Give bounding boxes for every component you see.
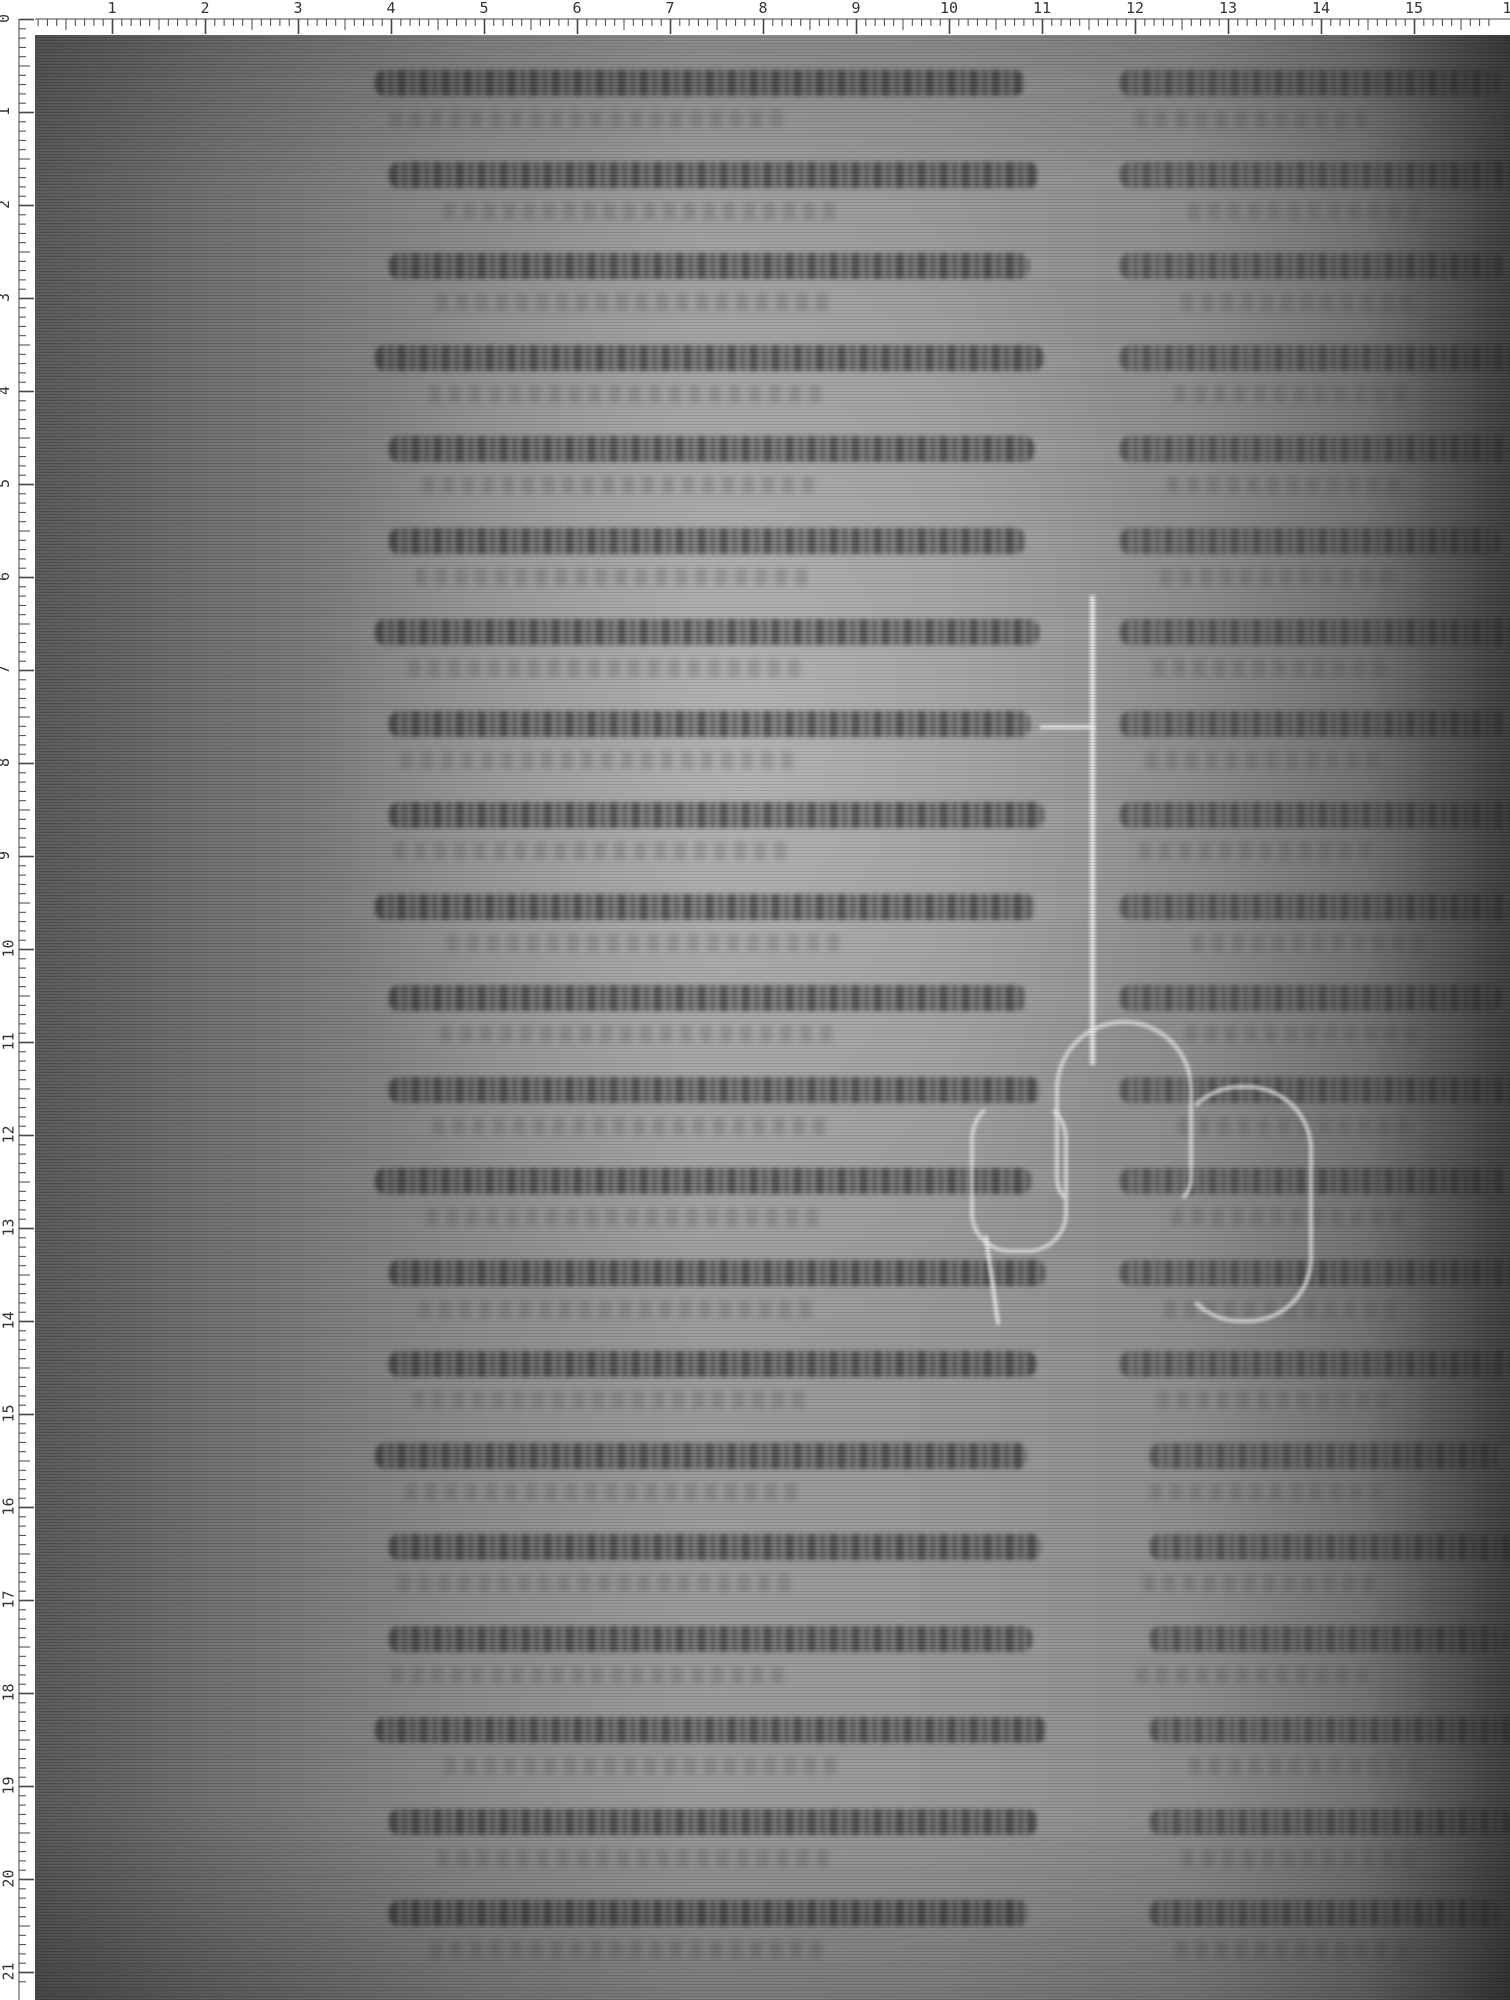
undertext-ghost xyxy=(443,202,839,220)
text-line xyxy=(389,162,1038,188)
bright-loop-left xyxy=(970,1095,1068,1253)
text-line xyxy=(389,1626,1032,1652)
text-line xyxy=(1150,1443,1502,1469)
horizontal-ruler-label: 11 xyxy=(1033,1,1051,16)
undertext-ghost xyxy=(437,1849,833,1867)
vertical-ruler-label: 4 xyxy=(0,386,12,395)
text-line xyxy=(389,802,1044,828)
text-line xyxy=(389,985,1026,1011)
text-line xyxy=(1150,1900,1503,1926)
bright-loop-center xyxy=(1055,1020,1193,1208)
text-line xyxy=(1120,1351,1510,1377)
text-line xyxy=(1120,70,1499,96)
undertext-ghost xyxy=(398,1574,794,1592)
undertext-ghost xyxy=(1185,1025,1419,1043)
undertext-ghost xyxy=(1167,476,1401,494)
vertical-ruler-label: 11 xyxy=(2,1032,17,1050)
undertext-ghost xyxy=(394,842,790,860)
text-line xyxy=(389,528,1025,554)
horizontal-ruler-label: 6 xyxy=(573,1,582,16)
vertical-ruler-label: 3 xyxy=(0,293,12,302)
text-line xyxy=(1120,162,1510,188)
vertical-ruler-label: 2 xyxy=(0,200,12,209)
undertext-ghost xyxy=(1175,1940,1409,1958)
vertical-ruler-label: 12 xyxy=(2,1125,17,1143)
horizontal-ruler-label: 13 xyxy=(1219,1,1237,16)
undertext-ghost xyxy=(1157,1391,1391,1409)
undertext-ghost xyxy=(1188,202,1422,220)
undertext-ghost xyxy=(436,293,832,311)
text-line xyxy=(389,1077,1040,1103)
horizontal-ruler-label: 4 xyxy=(387,1,396,16)
undertext-ghost xyxy=(419,1300,815,1318)
undertext-ghost xyxy=(1150,1483,1384,1501)
horizontal-ruler-label: 10 xyxy=(940,1,958,16)
bright-loop-right xyxy=(1175,1085,1313,1323)
undertext-ghost xyxy=(412,1391,808,1409)
horizontal-ruler-label: 12 xyxy=(1126,1,1144,16)
vertical-ruler-label: 15 xyxy=(2,1404,17,1422)
undertext-ghost xyxy=(1189,1757,1423,1775)
vertical-ruler: 0123456789101112131415161718192021 xyxy=(0,0,35,2000)
vertical-ruler-label: 17 xyxy=(2,1590,17,1608)
undertext-ghost xyxy=(1143,1574,1377,1592)
vertical-ruler-label: 16 xyxy=(2,1497,17,1515)
vertical-ruler-label: 10 xyxy=(2,939,17,957)
undertext-ghost xyxy=(415,568,811,586)
text-line xyxy=(389,1534,1041,1560)
horizontal-ruler-label: 8 xyxy=(759,1,768,16)
undertext-ghost xyxy=(444,1757,840,1775)
text-line xyxy=(389,253,1029,279)
horizontal-bright-stroke xyxy=(1040,725,1095,729)
text-line xyxy=(375,1443,1027,1469)
undertext-ghost xyxy=(1192,934,1426,952)
undertext-ghost xyxy=(405,1483,801,1501)
undertext-ghost xyxy=(422,476,818,494)
text-line xyxy=(375,619,1039,645)
undertext-ghost xyxy=(391,1666,787,1684)
vertical-ruler-label: 6 xyxy=(0,572,12,581)
undertext-ghost xyxy=(1182,1849,1416,1867)
text-line xyxy=(375,70,1024,96)
text-line xyxy=(1120,528,1500,554)
undertext-ghost xyxy=(1153,659,1387,677)
undertext-ghost xyxy=(440,1025,836,1043)
text-line xyxy=(1120,345,1510,371)
undertext-ghost xyxy=(426,1208,822,1226)
horizontal-ruler-label: 15 xyxy=(1405,1,1423,16)
text-line xyxy=(375,1168,1031,1194)
horizontal-ruler-label: 3 xyxy=(294,1,303,16)
text-line xyxy=(1150,1717,1510,1743)
horizontal-ruler-ticks xyxy=(0,0,1510,35)
horizontal-ruler-label: 1 xyxy=(1503,1,1510,16)
vertical-ruler-label: 7 xyxy=(0,665,12,674)
text-line xyxy=(375,1717,1046,1743)
text-line xyxy=(1120,985,1501,1011)
text-line xyxy=(389,1900,1028,1926)
manuscript-scan xyxy=(35,35,1510,2000)
text-line xyxy=(1150,1809,1510,1835)
text-line xyxy=(1120,894,1510,920)
text-line xyxy=(1120,436,1509,462)
horizontal-ruler: 01234567891011121314151 xyxy=(0,0,1510,35)
text-line xyxy=(1120,253,1504,279)
undertext-ghost xyxy=(1174,385,1408,403)
horizontal-ruler-label: 14 xyxy=(1312,1,1330,16)
undertext-ghost xyxy=(1135,110,1369,128)
text-line xyxy=(389,1809,1037,1835)
undertext-ghost xyxy=(430,1940,826,1958)
text-line xyxy=(1120,619,1510,645)
vertical-ruler-label: 1 xyxy=(0,107,12,116)
undertext-ghost xyxy=(1136,1666,1370,1684)
undertext-ghost xyxy=(429,385,825,403)
undertext-ghost xyxy=(1181,293,1415,311)
undertext-ghost xyxy=(401,751,797,769)
horizontal-ruler-label: 2 xyxy=(201,1,210,16)
text-line xyxy=(389,1351,1036,1377)
text-line xyxy=(375,894,1035,920)
undertext-ghost xyxy=(1146,751,1380,769)
text-line xyxy=(389,711,1030,737)
vertical-ruler-label: 18 xyxy=(2,1683,17,1701)
vertical-ruler-label: 19 xyxy=(2,1776,17,1794)
undertext-ghost xyxy=(433,1117,829,1135)
undertext-ghost xyxy=(390,110,786,128)
vertical-ruler-label: 5 xyxy=(0,479,12,488)
vertical-ruler-label: 13 xyxy=(2,1218,17,1236)
horizontal-ruler-label: 5 xyxy=(480,1,489,16)
undertext-ghost xyxy=(447,934,843,952)
undertext-ghost xyxy=(1160,568,1394,586)
undertext-ghost xyxy=(408,659,804,677)
text-line xyxy=(1150,1534,1510,1560)
text-line xyxy=(1150,1626,1507,1652)
vertical-ruler-label: 14 xyxy=(2,1311,17,1329)
text-line xyxy=(1120,802,1510,828)
horizontal-ruler-label: 9 xyxy=(852,1,861,16)
text-line xyxy=(1120,711,1505,737)
horizontal-ruler-label: 7 xyxy=(666,1,675,16)
text-line xyxy=(375,345,1043,371)
vertical-ruler-label: 21 xyxy=(2,1962,17,1980)
vertical-bright-stroke xyxy=(1090,595,1095,1065)
vertical-ruler-label: 8 xyxy=(0,758,12,767)
text-line xyxy=(389,436,1034,462)
horizontal-ruler-label: 1 xyxy=(108,1,117,16)
vertical-ruler-label: 0 xyxy=(0,14,12,23)
text-line xyxy=(389,1260,1045,1286)
vertical-ruler-label: 20 xyxy=(2,1869,17,1887)
vertical-ruler-label: 9 xyxy=(0,851,12,860)
undertext-ghost xyxy=(1139,842,1373,860)
